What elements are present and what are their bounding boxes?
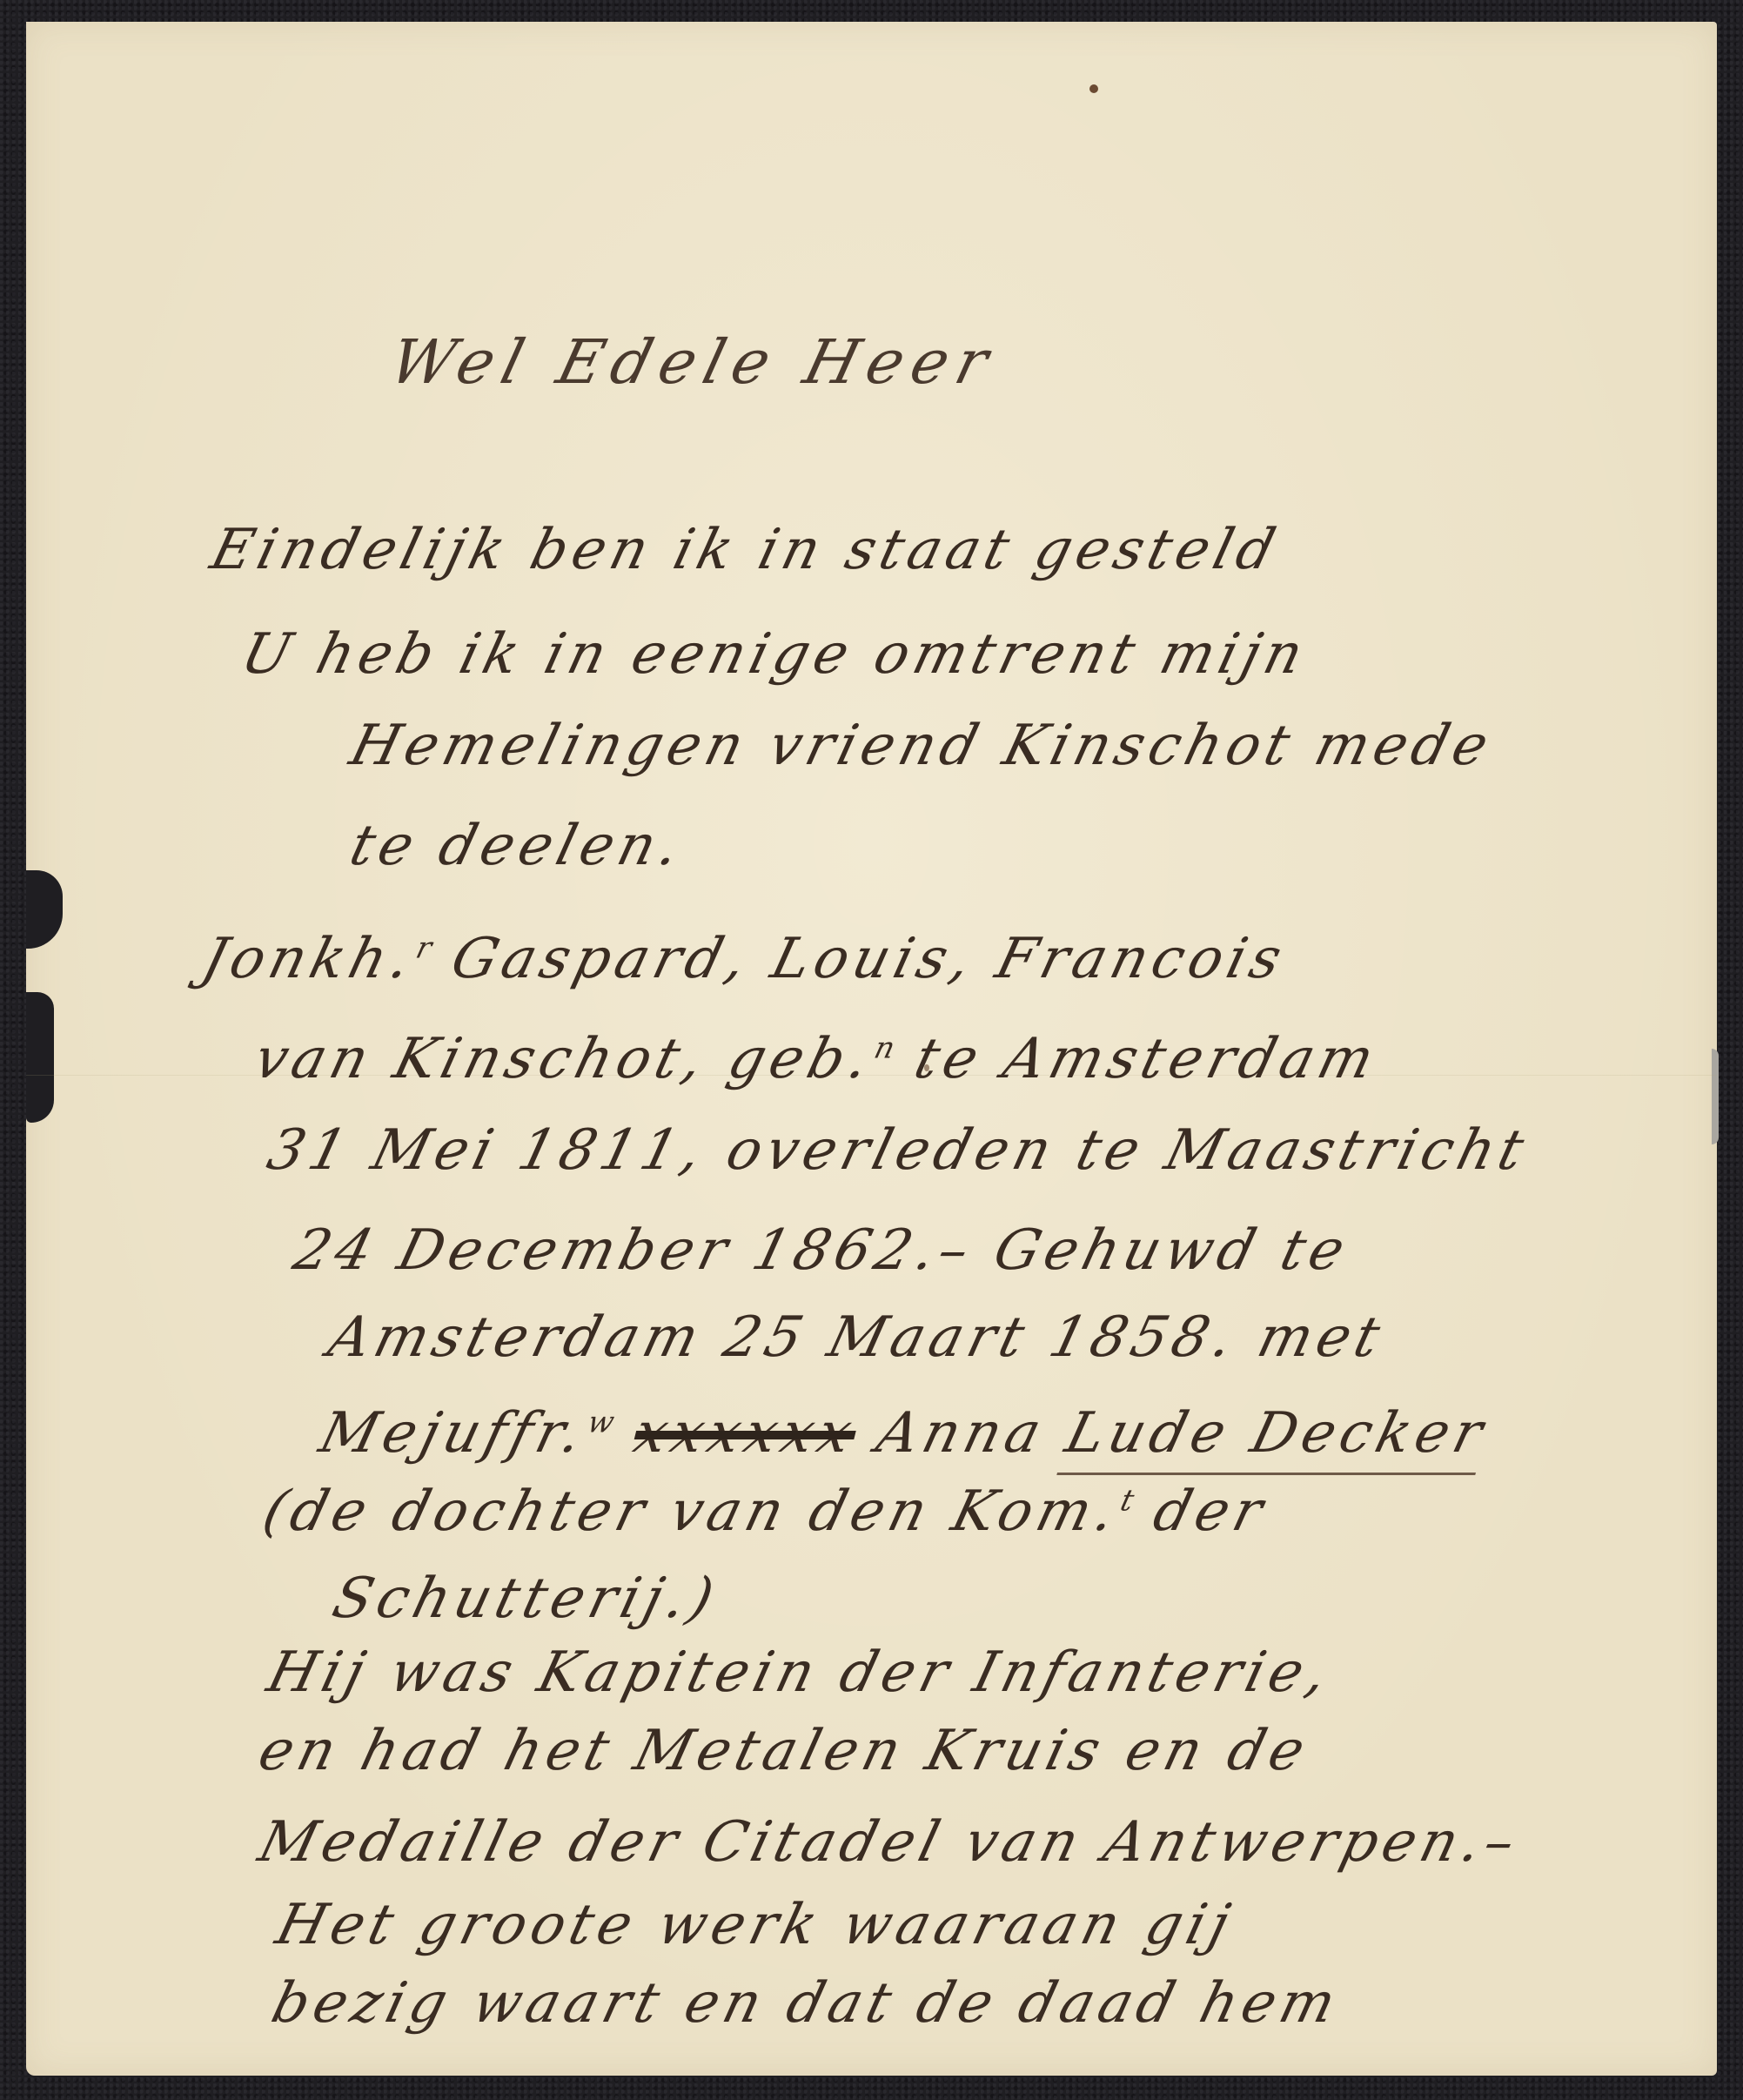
letter-line: bezig waart en dat de daad hem [265, 1971, 1347, 2036]
line-text: Anna [870, 1401, 1052, 1466]
line-text: te Amsterdam [908, 1027, 1385, 1091]
letter-line: Schutterij.) [326, 1567, 725, 1631]
letter-line: U heb ik in eenige omtrent mijn [235, 622, 1314, 687]
letter-line: Mejuffr.w xxxxxx Anna Lude Decker [313, 1401, 1494, 1466]
title-abbrev: Jonkh. [196, 927, 422, 991]
letter-line: Medaille der Citadel van Antwerpen.– [252, 1810, 1526, 1875]
letter-line: Jonkh.r Gaspard, Louis, Francois [196, 927, 1293, 991]
letter-line: Hij was Kapitein der Infanterie, [261, 1640, 1338, 1705]
line-text: Gaspard, Louis, Francois [445, 927, 1292, 991]
letter-line: (de dochter van den Kom.t der [257, 1479, 1274, 1544]
underlined-name: Lude Decker [1057, 1401, 1494, 1475]
struck-out-word: xxxxxx [627, 1401, 863, 1466]
letter-body: Wel Edele Heer Eindelijk ben ik in staat… [0, 0, 1743, 2100]
line-text: der [1147, 1479, 1274, 1544]
letter-line: en had het Metalen Kruis en de [252, 1719, 1316, 1783]
letter-line: van Kinschot, geb.n te Amsterdam [248, 1027, 1385, 1091]
letter-line: 31 Mei 1811, overleden te Maastricht [261, 1118, 1535, 1183]
line-prefix: Mejuffr. [313, 1401, 593, 1466]
letter-line: Eindelijk ben ik in staat gesteld [204, 518, 1286, 582]
letter-line: te deelen. [344, 814, 691, 878]
line-prefix: (de dochter van den Kom. [257, 1479, 1127, 1544]
letter-line: 24 December 1862.– Gehuwd te [287, 1218, 1356, 1283]
letter-line: Het groote werk waaraan gij [270, 1893, 1241, 1957]
letter-line: Hemelingen vriend Kinschot mede [344, 714, 1499, 778]
letter-line: Amsterdam 25 Maart 1858. met [322, 1305, 1391, 1370]
line-prefix: van Kinschot, geb. [248, 1027, 881, 1091]
salutation: Wel Edele Heer [383, 326, 1004, 398]
